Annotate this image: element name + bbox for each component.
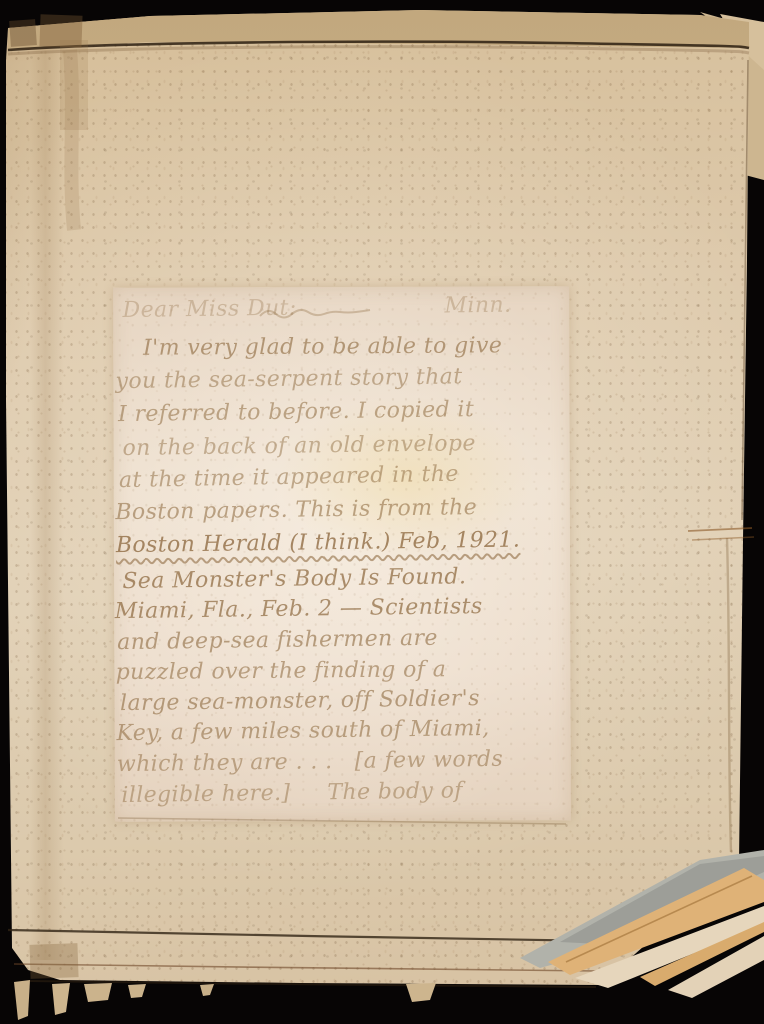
bottom-crease-line — [14, 964, 598, 971]
torn-tab — [128, 984, 146, 998]
torn-tab — [200, 984, 214, 996]
right-sheet-edge — [742, 60, 748, 520]
scratch-mark — [688, 528, 752, 531]
top-crease-shadow — [8, 47, 749, 54]
illegible-scribble — [260, 310, 370, 318]
torn-tab — [52, 983, 70, 1015]
bottom-edge-line — [30, 981, 596, 987]
tape-stain — [9, 19, 37, 47]
bottom-left-stain — [29, 943, 78, 979]
paper-detail-overlay — [0, 0, 764, 1024]
letter-bottom-edge — [118, 818, 566, 824]
torn-tab — [406, 983, 436, 1002]
scratch-mark — [692, 537, 754, 540]
torn-tab — [14, 980, 30, 1020]
photo-of-letter: { "photo": { "colors": { "background": "… — [0, 0, 764, 1024]
right-vertical-crease — [727, 538, 731, 852]
stain-streak — [70, 50, 74, 230]
bottom-crease-line — [8, 930, 600, 941]
torn-tab — [84, 983, 112, 1002]
